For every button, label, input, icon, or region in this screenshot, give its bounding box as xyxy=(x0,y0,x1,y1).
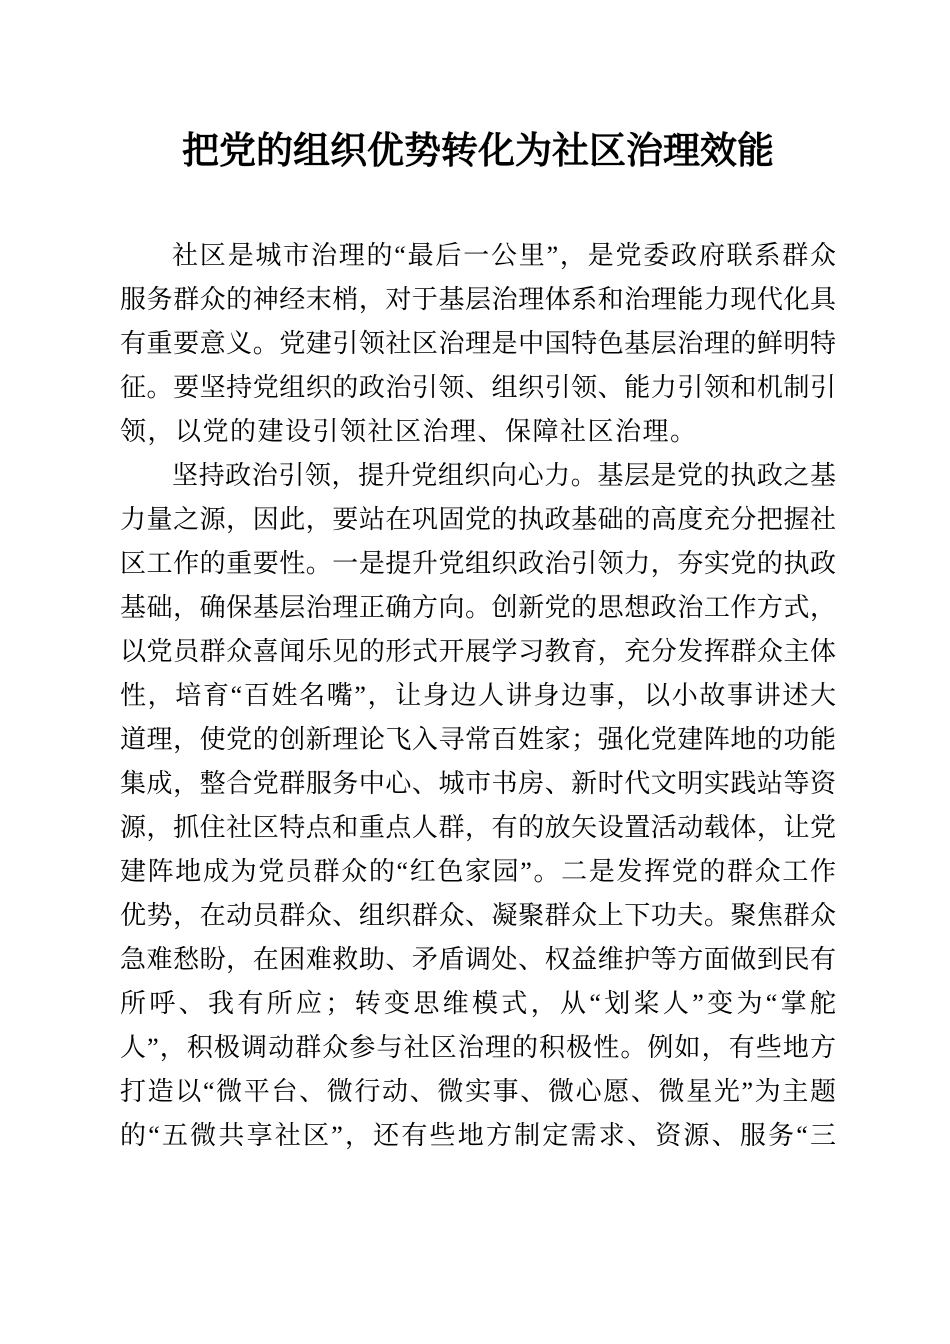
text-line: 建阵地成为党员群众的“红色家园”。二是发挥党的群众工作 xyxy=(120,850,836,894)
text-line: 以党员群众喜闻乐见的形式开展学习教育，充分发挥群众主体 xyxy=(120,630,836,674)
text-line: 基础，确保基层治理正确方向。创新党的思想政治工作方式， xyxy=(120,586,836,630)
text-line: 领，以党的建设引领社区治理、保障社区治理。 xyxy=(120,410,836,454)
text-line: 坚持政治引领，提升党组织向心力。基层是党的执政之基 xyxy=(120,454,836,498)
text-line: 优势，在动员群众、组织群众、凝聚群众上下功夫。聚焦群众 xyxy=(120,894,836,938)
text-line: 源，抓住社区特点和重点人群，有的放矢设置活动载体，让党 xyxy=(120,806,836,850)
paragraph-2: 坚持政治引领，提升党组织向心力。基层是党的执政之基 力量之源，因此，要站在巩固党… xyxy=(120,454,836,1158)
text-line: 力量之源，因此，要站在巩固党的执政基础的高度充分把握社 xyxy=(120,498,836,542)
text-line: 服务群众的神经末梢，对于基层治理体系和治理能力现代化具 xyxy=(120,278,836,322)
text-line: 急难愁盼，在困难救助、矛盾调处、权益维护等方面做到民有 xyxy=(120,938,836,982)
text-line: 征。要坚持党组织的政治引领、组织引领、能力引领和机制引 xyxy=(120,366,836,410)
text-line: 集成，整合党群服务中心、城市书房、新时代文明实践站等资 xyxy=(120,762,836,806)
text-line: 有重要意义。党建引领社区治理是中国特色基层治理的鲜明特 xyxy=(120,322,836,366)
text-line: 道理，使党的创新理论飞入寻常百姓家；强化党建阵地的功能 xyxy=(120,718,836,762)
text-line: 人”，积极调动群众参与社区治理的积极性。例如，有些地方 xyxy=(120,1026,836,1070)
text-line: 打造以“微平台、微行动、微实事、微心愿、微星光”为主题 xyxy=(120,1070,836,1114)
document-title: 把党的组织优势转化为社区治理效能 xyxy=(120,128,836,176)
text-line: 的“五微共享社区”，还有些地方制定需求、资源、服务“三 xyxy=(120,1114,836,1158)
text-line: 所呼、我有所应；转变思维模式，从“划桨人”变为“掌舵 xyxy=(120,982,836,1026)
document-page: 把党的组织优势转化为社区治理效能 社区是城市治理的“最后一公里”，是党委政府联系… xyxy=(0,0,950,1344)
text-line: 区工作的重要性。一是提升党组织政治引领力，夯实党的执政 xyxy=(120,542,836,586)
text-line: 性，培育“百姓名嘴”，让身边人讲身边事，以小故事讲述大 xyxy=(120,674,836,718)
document-body: 社区是城市治理的“最后一公里”，是党委政府联系群众 服务群众的神经末梢，对于基层… xyxy=(120,234,836,1158)
paragraph-1: 社区是城市治理的“最后一公里”，是党委政府联系群众 服务群众的神经末梢，对于基层… xyxy=(120,234,836,454)
text-line: 社区是城市治理的“最后一公里”，是党委政府联系群众 xyxy=(120,234,836,278)
